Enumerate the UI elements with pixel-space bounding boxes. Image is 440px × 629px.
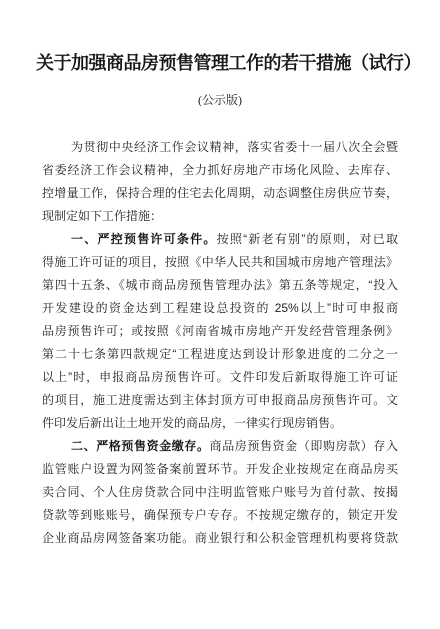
body-line: 卖合同、个人住房贷款合同中注明监管账户账号为首付款、按揭 bbox=[42, 481, 398, 504]
body-segment: 卖合同、个人住房贷款合同中注明监管账户账号为首付款、按揭 bbox=[42, 485, 398, 499]
body-line: 的项目，施工进度需达到主体封顶方可申报商品房预售许可。文 bbox=[42, 389, 398, 412]
body-segment: 以上”时，申报商品房预售许可。文件印发后新取得施工许可证 bbox=[42, 370, 398, 384]
paragraph: 一、严控预售许可条件。按照“新老有别”的原则，对已取得施工许可证的项目，按照《中… bbox=[42, 228, 398, 435]
body-segment: 按照“新老有别”的原则，对已取 bbox=[217, 232, 398, 246]
body-line: 第四十五条、《城市商品房预售管理办法》第五条等规定，“投入 bbox=[42, 274, 398, 297]
body-segment: 省委经济工作会议精神，全力抓好房地产市场化风险、去库存、 bbox=[42, 163, 398, 177]
body-line: 得施工许可证的项目，按照《中华人民共和国城市房地产管理法》 bbox=[42, 251, 398, 274]
paragraph: 为贯彻中央经济工作会议精神，落实省委十一届八次全会暨省委经济工作会议精神，全力抓… bbox=[42, 136, 398, 228]
body-line: 开发建设的资金达到工程建设总投资的 25%以上”时可申报商 bbox=[42, 297, 398, 320]
body-segment: 开发建设的资金达到工程建设总投资的 25%以上”时可申报商 bbox=[42, 301, 398, 315]
body-line: 一、严控预售许可条件。按照“新老有别”的原则，对已取 bbox=[42, 228, 398, 251]
body-segment: 贷款等到账账号，确保预专户专存。不按规定缴存的，锁定开发 bbox=[42, 508, 398, 522]
document-subtitle: (公示版) bbox=[0, 92, 440, 108]
body-line: 以上”时，申报商品房预售许可。文件印发后新取得施工许可证 bbox=[42, 366, 398, 389]
body-line: 监管账户设置为网签备案前置环节。开发企业按规定在商品房买 bbox=[42, 458, 398, 481]
paragraph: 二、严格预售资金缴存。商品房预售资金（即购房款）存入监管账户设置为网签备案前置环… bbox=[42, 435, 398, 550]
body-line: 品房预售许可；或按照《河南省城市房地产开发经营管理条例》 bbox=[42, 320, 398, 343]
body-segment: 件印发后新出让土地开发的商品房，一律实行现房销售。 bbox=[42, 416, 342, 430]
body-segment: 品房预售许可；或按照《河南省城市房地产开发经营管理条例》 bbox=[42, 324, 398, 338]
body-segment: 现制定如下工作措施： bbox=[42, 209, 162, 223]
body-line: 为贯彻中央经济工作会议精神，落实省委十一届八次全会暨 bbox=[42, 136, 398, 159]
body-line: 省委经济工作会议精神，全力抓好房地产市场化风险、去库存、 bbox=[42, 159, 398, 182]
clause-heading: 一、严控预售许可条件。 bbox=[71, 232, 217, 246]
body-line: 二、严格预售资金缴存。商品房预售资金（即购房款）存入 bbox=[42, 435, 398, 458]
body-line: 贷款等到账账号，确保预专户专存。不按规定缴存的，锁定开发 bbox=[42, 504, 398, 527]
body-line: 控增量工作，保持合理的住宅去化周期，动态调整住房供应节奏， bbox=[42, 182, 398, 205]
body-segment: 得施工许可证的项目，按照《中华人民共和国城市房地产管理法》 bbox=[42, 255, 398, 269]
body-line: 现制定如下工作措施： bbox=[42, 205, 398, 228]
body-segment: 为贯彻中央经济工作会议精神，落实省委十一届八次全会暨 bbox=[71, 140, 398, 154]
body-line: 第二十七条第四款规定“工程进度达到设计形象进度的二分之一 bbox=[42, 343, 398, 366]
body-segment: 控增量工作，保持合理的住宅去化周期，动态调整住房供应节奏， bbox=[42, 186, 398, 200]
body-text: 为贯彻中央经济工作会议精神，落实省委十一届八次全会暨省委经济工作会议精神，全力抓… bbox=[42, 136, 398, 550]
clause-heading: 二、严格预售资金缴存。 bbox=[71, 439, 210, 453]
body-segment: 企业商品房网签备案功能。商业银行和公积金管理机构要将贷款 bbox=[42, 531, 398, 545]
body-segment: 监管账户设置为网签备案前置环节。开发企业按规定在商品房买 bbox=[42, 462, 398, 476]
body-segment: 第二十七条第四款规定“工程进度达到设计形象进度的二分之一 bbox=[42, 347, 398, 361]
body-line: 企业商品房网签备案功能。商业银行和公积金管理机构要将贷款 bbox=[42, 527, 398, 550]
document-title: 关于加强商品房预售管理工作的若干措施（试行） bbox=[36, 51, 404, 75]
body-segment: 商品房预售资金（即购房款）存入 bbox=[210, 439, 398, 453]
document-page: 关于加强商品房预售管理工作的若干措施（试行） (公示版) 为贯彻中央经济工作会议… bbox=[0, 0, 440, 629]
body-line: 件印发后新出让土地开发的商品房，一律实行现房销售。 bbox=[42, 412, 398, 435]
body-segment: 第四十五条、《城市商品房预售管理办法》第五条等规定，“投入 bbox=[42, 278, 398, 292]
body-segment: 的项目，施工进度需达到主体封顶方可申报商品房预售许可。文 bbox=[42, 393, 398, 407]
